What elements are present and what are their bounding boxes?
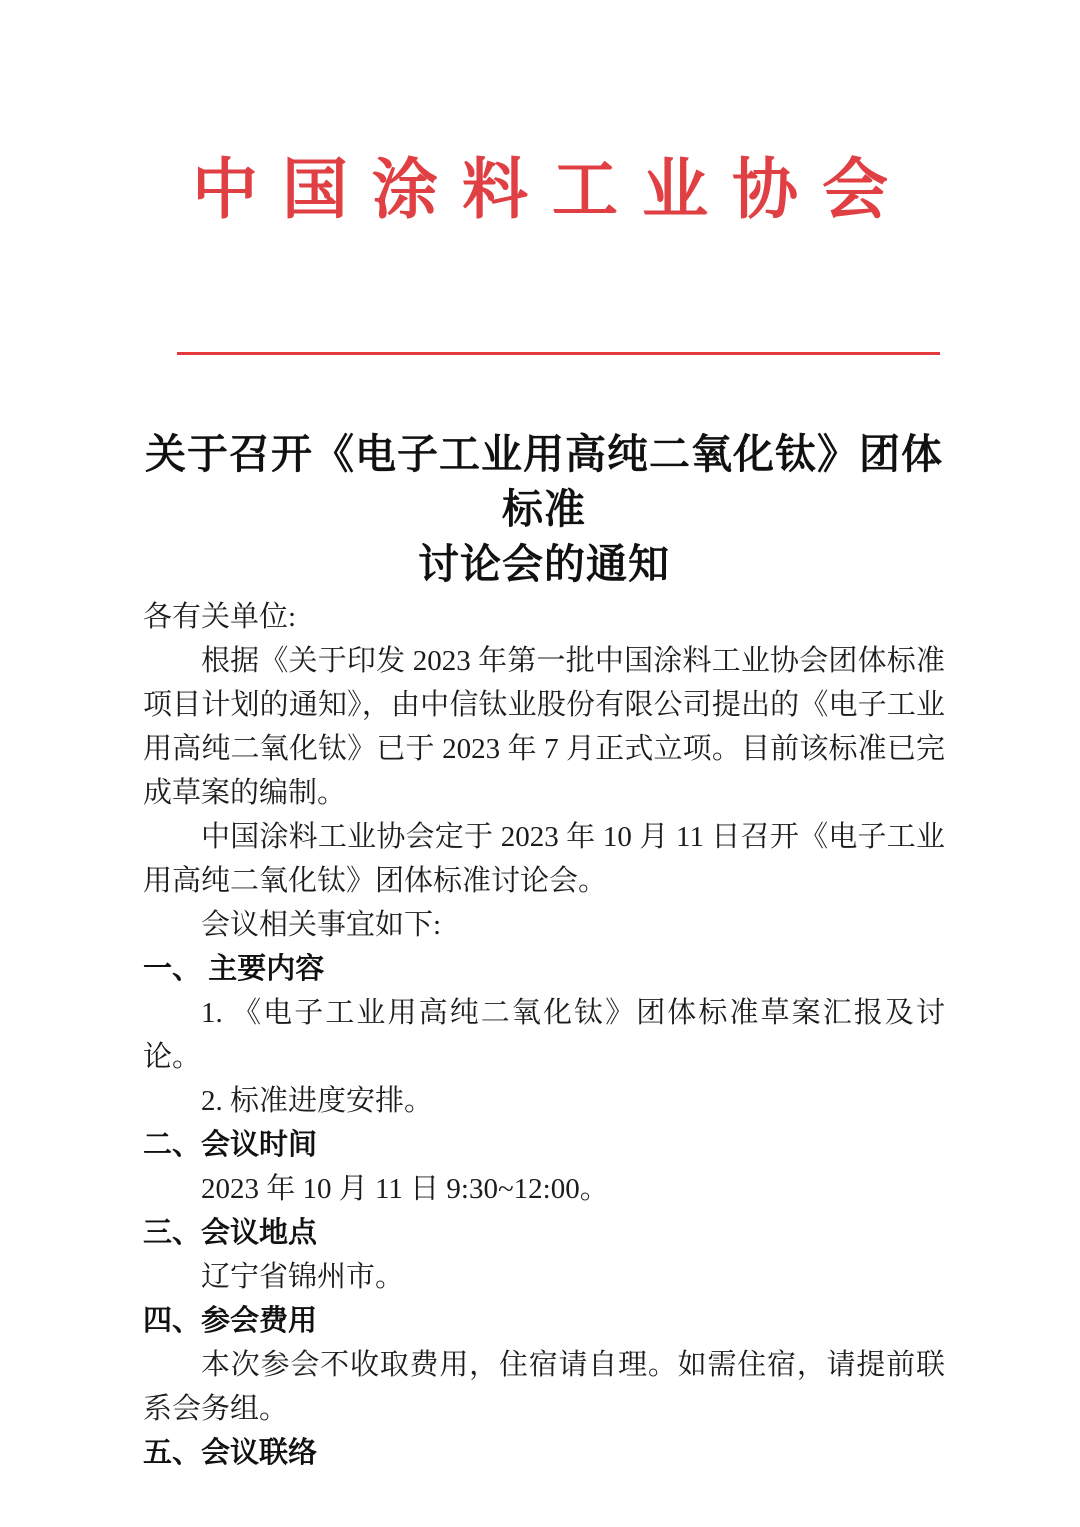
section-1-heading: 一、 主要内容 <box>143 947 945 991</box>
section-1-item-2: 2. 标准进度安排。 <box>143 1079 945 1123</box>
letterhead-org-title: 中国涂料工业协会 <box>0 0 1080 232</box>
section-4-fee: 本次参会不收取费用，住宿请自理。如需住宿，请提前联系会务组。 <box>143 1343 945 1431</box>
section-3-location: 辽宁省锦州市。 <box>143 1255 945 1299</box>
section-3-heading: 三、会议地点 <box>143 1211 945 1255</box>
paragraph-meeting: 中国涂料工业协会定于 2023 年 10 月 11 日召开《电子工业用高纯二氧化… <box>143 815 945 903</box>
notice-title-line2: 讨论会的通知 <box>143 537 945 592</box>
section-4-heading: 四、参会费用 <box>143 1299 945 1343</box>
salutation: 各有关单位: <box>143 595 945 639</box>
section-1-item-1: 1. 《电子工业用高纯二氧化钛》团体标准草案汇报及讨论。 <box>143 991 945 1079</box>
paragraph-background: 根据《关于印发 2023 年第一批中国涂料工业协会团体标准项目计划的通知》，由中… <box>143 639 945 815</box>
notice-title-line1: 关于召开《电子工业用高纯二氧化钛》团体标准 <box>143 427 945 537</box>
section-5-heading: 五、会议联络 <box>143 1431 945 1475</box>
letterhead-divider <box>177 352 940 355</box>
notice-document-page: 中国涂料工业协会 关于召开《电子工业用高纯二氧化钛》团体标准 讨论会的通知 各有… <box>0 0 1080 1527</box>
notice-body: 各有关单位: 根据《关于印发 2023 年第一批中国涂料工业协会团体标准项目计划… <box>143 595 945 1475</box>
section-2-heading: 二、会议时间 <box>143 1123 945 1167</box>
section-2-time: 2023 年 10 月 11 日 9:30~12:00。 <box>143 1167 945 1211</box>
paragraph-agenda-intro: 会议相关事宜如下: <box>143 903 945 947</box>
notice-title: 关于召开《电子工业用高纯二氧化钛》团体标准 讨论会的通知 <box>143 427 945 592</box>
